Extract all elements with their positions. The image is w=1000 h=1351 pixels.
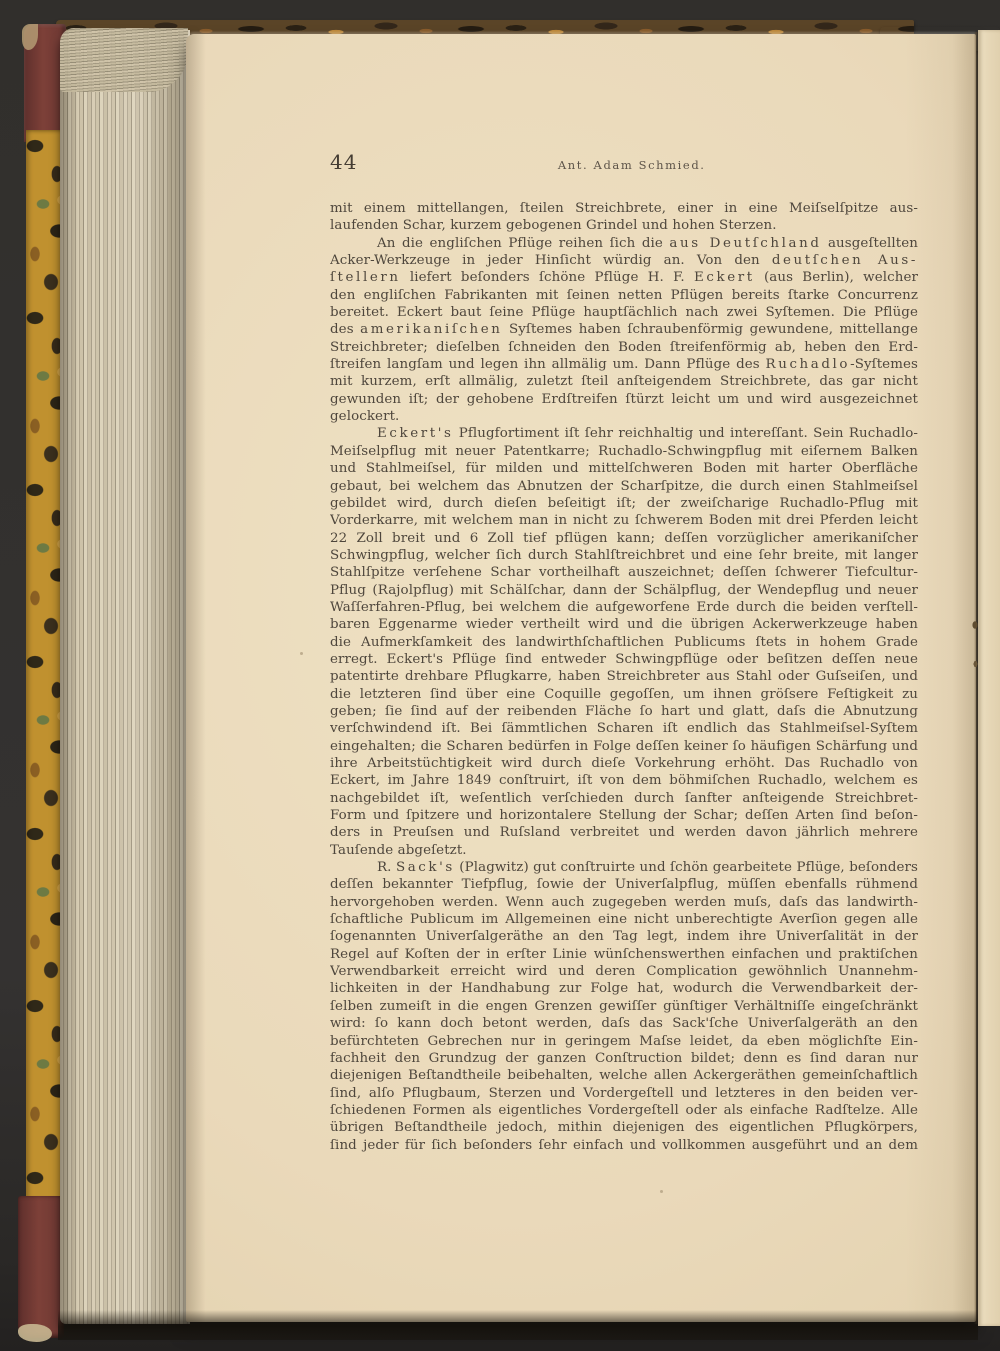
text-line: wird: ſo kann doch betont werden, daſs d… bbox=[330, 1015, 918, 1032]
text-line: gebaut, bei welchem das Abnutzen der Sch… bbox=[330, 478, 918, 495]
text-line: Pflug (Rajolpflug) mit Schälſchar, dann … bbox=[330, 582, 918, 599]
text-line: erregt. Eckert's Pflüge ſind entweder Sc… bbox=[330, 651, 918, 668]
text-line: Regel auf Koſten der in erſter Linie wün… bbox=[330, 946, 918, 963]
text-line: Verwendbarkeit erreicht wird und deren C… bbox=[330, 963, 918, 980]
text-line: gebildet wird, durch dieſen beſeitigt iſ… bbox=[330, 495, 918, 512]
letterspaced-text: Eckert bbox=[694, 270, 755, 285]
text-line: bereitet. Eckert baut ſeine Pflüge haupt… bbox=[330, 304, 918, 321]
text-line: deſſen bekannter Tiefpflug, ſowie der Un… bbox=[330, 876, 918, 893]
text-line: mit kurzem, erſt allmälig, zuletzt ſteil… bbox=[330, 373, 918, 390]
text-line: Meiſselpflug mit neuer Patentkarre; Ruch… bbox=[330, 443, 918, 460]
letterspaced-text: aus Deutſchland bbox=[669, 236, 821, 251]
text-line: die letzteren ſind über eine Coquille ge… bbox=[330, 686, 918, 703]
text-line: ſind, alſo Pflugbaum, Sterzen und Vorder… bbox=[330, 1085, 918, 1102]
text-line: ihre Arbeitstüchtigkeit wird durch dieſe… bbox=[330, 755, 918, 772]
text-line: Eckert, im Jahre 1849 conſtruirt, iſt vo… bbox=[330, 772, 918, 789]
text-line: An die engliſchen Pflüge reihen ſich die… bbox=[330, 235, 918, 252]
text-line: Waſſerfahren-Pflug, bei welchem die aufg… bbox=[330, 599, 918, 616]
running-head: Ant. Adam Schmied. bbox=[351, 158, 912, 172]
text-line: 22 Zoll breit und 6 Zoll tief pflügen ka… bbox=[330, 530, 918, 547]
text-line: hervorgehoben werden. Wenn auch zugegebe… bbox=[330, 894, 918, 911]
text-line: nachgebildet iſt, weſentlich verſchieden… bbox=[330, 790, 918, 807]
text-line: lichkeiten in der Handhabung zur Folge h… bbox=[330, 980, 918, 997]
text-line: Vorderkarre, mit welchem man in nicht zu… bbox=[330, 512, 918, 529]
paper-speck bbox=[300, 652, 303, 655]
text-body: mit einem mittellangen, ſteilen Streichb… bbox=[330, 200, 918, 1154]
letterspaced-text: Sack's bbox=[396, 860, 455, 875]
text-line: die Aufmerkſamkeit des landwirthſchaftli… bbox=[330, 634, 918, 651]
text-line: befürchteten Gebrechen nur in geringem M… bbox=[330, 1033, 918, 1050]
text-line: gewunden iſt; der gehobene Erdſtreifen ſ… bbox=[330, 391, 918, 408]
text-line: gelockert. bbox=[330, 408, 918, 425]
text-line: ſelben zumeiſt in die engen Grenzen gewi… bbox=[330, 998, 918, 1015]
text-line: Schwingpflug, welcher ſich durch Stahlſt… bbox=[330, 547, 918, 564]
text-line: ders in Preuſsen und Ruſsland verbreitet… bbox=[330, 824, 918, 841]
text-line: übrigen Beſtandtheile jedoch, mithin die… bbox=[330, 1119, 918, 1136]
letterspaced-text: deutſchen Aus- bbox=[772, 253, 918, 268]
paragraph: An die engliſchen Pflüge reihen ſich die… bbox=[330, 235, 918, 426]
text-line: ſind jeder für ſich beſonders ſehr einfa… bbox=[330, 1137, 918, 1154]
page-header: 44 Ant. Adam Schmied. bbox=[330, 150, 918, 176]
text-line: R. Sack's (Plagwitz) gut conſtruirte und… bbox=[330, 859, 918, 876]
text-line: laufenden Schar, kurzem gebogenen Grinde… bbox=[330, 217, 918, 234]
bottom-shadow bbox=[58, 1310, 978, 1340]
paper-speck bbox=[660, 1190, 663, 1193]
text-line: ſtreifen langſam und legen ihn allmälig … bbox=[330, 356, 918, 373]
text-line: Streichbreter; dieſelben ſchneiden den B… bbox=[330, 339, 918, 356]
paragraph: R. Sack's (Plagwitz) gut conſtruirte und… bbox=[330, 859, 918, 1154]
text-line: Stahlſpitze verſehene Schar vortheilhaft… bbox=[330, 564, 918, 581]
letterspaced-text: ſtellern bbox=[330, 270, 401, 285]
printed-page-content: 44 Ant. Adam Schmied. mit einem mittella… bbox=[330, 150, 918, 1160]
text-line: des amerikaniſchen Syſtemes haben ſchrau… bbox=[330, 321, 918, 338]
text-line: Form und ſpitzere und horizontalere Stel… bbox=[330, 807, 918, 824]
text-line: ſchaftliche Publicum im Allgemeinen eine… bbox=[330, 911, 918, 928]
text-line: mit einem mittellangen, ſteilen Streichb… bbox=[330, 200, 918, 217]
text-line: ſchiedenen Formen als eigentliches Vorde… bbox=[330, 1102, 918, 1119]
text-line: Acker-Werkzeuge in jeder Hinſicht würdig… bbox=[330, 252, 918, 269]
letterspaced-text: Eckert's bbox=[377, 426, 453, 441]
book-scan-scene: 44 Ant. Adam Schmied. mit einem mittella… bbox=[0, 0, 1000, 1351]
text-line: fachheit den Grundzug der ganzen Conſtru… bbox=[330, 1050, 918, 1067]
text-line: ſtellern liefert beſonders ſchöne Pflüge… bbox=[330, 269, 918, 286]
letterspaced-text: amerikaniſchen bbox=[360, 322, 502, 337]
text-line: Tauſende abgeſetzt. bbox=[330, 842, 918, 859]
text-line: Eckert's Pflugfortiment iſt ſehr reichha… bbox=[330, 425, 918, 442]
facing-page-edge bbox=[978, 30, 1000, 1326]
fore-edge-page-stack bbox=[60, 30, 190, 1324]
paragraph: Eckert's Pflugfortiment iſt ſehr reichha… bbox=[330, 425, 918, 859]
text-line: baren Eggenarme wieder vertheilt wird un… bbox=[330, 616, 918, 633]
text-line: patentirte drehbare Pflugkarre, haben St… bbox=[330, 668, 918, 685]
text-line: ſogenannten Univerſalgeräthe an den Tag … bbox=[330, 928, 918, 945]
text-line: verſchwindend iſt. Bei ſämmtlichen Schar… bbox=[330, 720, 918, 737]
letterspaced-text: Ruchadlo bbox=[766, 357, 851, 372]
paragraph: mit einem mittellangen, ſteilen Streichb… bbox=[330, 200, 918, 235]
text-line: diejenigen Beſtandtheile beibehalten, we… bbox=[330, 1067, 918, 1084]
text-line: geben; ſie ſind auf der reibenden Fläche… bbox=[330, 703, 918, 720]
text-line: den engliſchen Fabrikanten mit ſeinen ne… bbox=[330, 287, 918, 304]
text-line: eingehalten; die Scharen bedürfen in Fol… bbox=[330, 738, 918, 755]
text-line: und Stahlmeiſsel, für milden und mittelſ… bbox=[330, 460, 918, 477]
